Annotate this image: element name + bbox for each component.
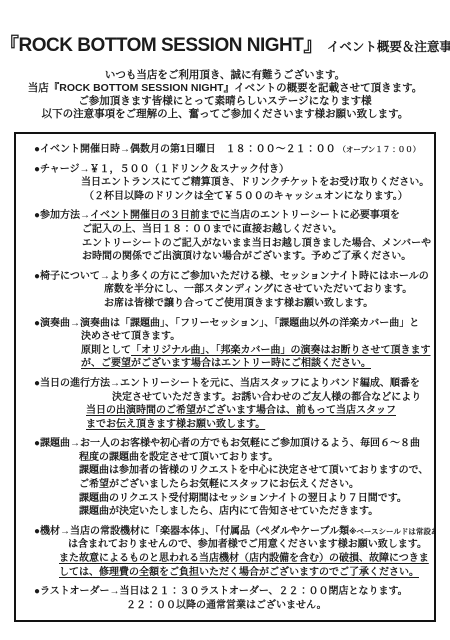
intro-paragraph: いつも当店をご利用頂き、誠に有難うございます。 当店『ROCK BOTTOM S…	[0, 69, 450, 121]
text-segment: ●ラストオーダー→当日は２１：３０ラストオーダー、２２：００閉店となります。	[34, 586, 408, 597]
notice-line: しては、修理費の全額をご負担いただく場合がございますのでご了承ください。	[34, 566, 432, 580]
text-segment: ●課題曲→お一人のお客様や初心者の方でもお気軽にご参加頂けるよう、毎回６～８曲	[34, 438, 420, 449]
text-segment: ご記入の上、当日１８：００までに直接お越しください。	[82, 224, 342, 235]
intro-line: 以下の注意事項をご理解の上、奮ってご参加くださいます様お願い致します。	[0, 108, 450, 121]
notice-section-equipment: ●機材→当店の常設機材に「楽器本体」、「付属品（ペダルやケーブル類※ベースシール…	[34, 525, 432, 579]
text-segment: ●演奏曲→演奏曲は「課題曲」、「フリーセッション」、「課題曲以外の洋楽カバー曲」…	[34, 318, 419, 329]
text-segment: は含まれておりませんので、参加者様でご用意くださいます様お願い致します。	[68, 539, 427, 550]
text-segment: お時間の関係でご出演頂けない場合がございます。予めご了承ください。	[82, 251, 411, 262]
text-segment: ご希望がございましたらお気軽にスタッフにお伝えください。	[79, 479, 359, 490]
notice-section-flow: ●当日の進行方法→エントリーシートを元に、当店スタッフによりバンド編成、順番を決…	[34, 377, 432, 431]
notice-line: ●椅子について→より多くの方にご参加いただける様、セッションナイト時にはホールの	[34, 270, 432, 284]
text-segment: 当店のエントリーシートに必要事項を	[230, 210, 400, 221]
notice-section-charge: ●チャージ→￥１，５００（１ドリンク＆スナック付き）当日エントランスにてご精算頂…	[34, 163, 432, 204]
text-segment: 「オリジナル曲」、「邦楽カバー曲」の演奏はお断りさせて頂きます	[131, 345, 431, 356]
intro-line: いつも当店をご利用頂き、誠に有難うございます。	[0, 69, 450, 82]
notice-line: （２杯目以降のドリンクは全て￥５００のキャッシュオンになります。）	[34, 190, 432, 204]
text-segment: イベント開催日の３日前までに	[90, 210, 230, 221]
text-segment: 決定させていただきます。お誘い合わせのご友人様の都合などにより	[112, 392, 421, 403]
notice-line: 決めさせて頂きます。	[34, 330, 432, 344]
page-title-sub: イベント概要＆注意事項	[327, 40, 450, 54]
text-segment: ●椅子について→より多くの方にご参加いただける様、セッションナイト時にはホールの	[34, 271, 429, 282]
notice-line: 当日の出演時間のご希望がございます場合は、前もって当店スタッフ	[34, 404, 432, 418]
notice-line: 程度の課題曲を設定させて頂いております。	[34, 451, 432, 465]
notice-line: が、ご要望がございます場合はエントリー時にご相談ください。	[34, 357, 432, 371]
text-segment: 席数を半分にし、一部スタンディングにさせていただいております。	[104, 284, 412, 295]
notice-section-songs: ●演奏曲→演奏曲は「課題曲」、「フリーセッション」、「課題曲以外の洋楽カバー曲」…	[34, 317, 432, 371]
intro-line: ご参加頂きます皆様にとって素晴らしいステージになります様	[0, 95, 450, 108]
notice-line: 課題曲が決定いたしましたら、店内にて告知させていただきます。	[34, 505, 432, 519]
notice-line: エントリーシートのご記入がないまま当日お越し頂きました場合、メンバーや	[34, 237, 432, 251]
notice-line: ●機材→当店の常設機材に「楽器本体」、「付属品（ペダルやケーブル類※ベースシール…	[34, 525, 432, 539]
notice-line: ●当日の進行方法→エントリーシートを元に、当店スタッフによりバンド編成、順番を	[34, 377, 432, 391]
notice-line: 決定させていただきます。お誘い合わせのご友人様の都合などにより	[34, 391, 432, 405]
text-segment: ●機材→当店の常設機材に「楽器本体」、「付属品（ペダルやケーブル類	[34, 526, 349, 537]
text-segment: ●当日の進行方法→エントリーシートを元に、当店スタッフによりバンド編成、順番を	[34, 378, 420, 389]
text-segment: ※ベースシールドは常設あり	[349, 527, 436, 536]
text-segment: 課題曲は参加者の皆様のリクエストを中心に決定させて頂いておりますので、	[79, 465, 428, 476]
notice-section-assignment-songs: ●課題曲→お一人のお客様や初心者の方でもお気軽にご参加頂けるよう、毎回６～８曲程…	[34, 437, 432, 519]
text-segment: （２杯目以降のドリンクは全て￥５００のキャッシュオンになります。）	[84, 191, 408, 202]
text-segment: ●チャージ→￥１，５００（１ドリンク＆スナック付き）	[34, 164, 289, 175]
notice-line: ご記入の上、当日１８：００までに直接お越しください。	[34, 223, 432, 237]
page-title-main: 『ROCK BOTTOM SESSION NIGHT』	[0, 35, 322, 56]
notice-line: は含まれておりませんので、参加者様でご用意くださいます様お願い致します。	[34, 538, 432, 552]
text-segment: が、ご要望がございます場合はエントリー時にご相談ください。	[81, 358, 371, 369]
notice-line: までお伝え頂きます様お願い致します。	[34, 418, 432, 432]
notice-line: ●課題曲→お一人のお客様や初心者の方でもお気軽にご参加頂けるよう、毎回６～８曲	[34, 437, 432, 451]
text-segment: 決めさせて頂きます。	[81, 331, 180, 342]
notice-line: ●参加方法→イベント開催日の３日前までに当店のエントリーシートに必要事項を	[34, 209, 432, 223]
notice-section-chairs: ●椅子について→より多くの方にご参加いただける様、セッションナイト時にはホールの…	[34, 270, 432, 311]
notice-line: ●イベント開催日時→偶数月の第1日曜日 １８：００～２１：００ （オープン１７：…	[34, 143, 432, 157]
text-segment: までお伝え頂きます様お願い致します。	[86, 419, 265, 430]
intro-line: 当店『ROCK BOTTOM SESSION NIGHT』イベントの概要を記載さ…	[0, 82, 450, 95]
notice-line: ご希望がございましたらお気軽にスタッフにお伝えください。	[34, 478, 432, 492]
notice-line: 席数を半分にし、一部スタンディングにさせていただいております。	[34, 283, 432, 297]
text-segment: 程度の課題曲を設定させて頂いております。	[79, 452, 278, 463]
notice-line: また故意によるものと思われる当店機材（店内設備を含む）の破損、故障につきま	[34, 552, 432, 566]
document-page: 『ROCK BOTTOM SESSION NIGHT』イベント概要＆注意事項 い…	[0, 0, 450, 640]
notice-section-event-datetime: ●イベント開催日時→偶数月の第1日曜日 １８：００～２１：００ （オープン１７：…	[34, 143, 432, 157]
text-segment: エントリーシートのご記入がないまま当日お越し頂きました場合、メンバーや	[82, 238, 431, 249]
text-segment: ●参加方法→	[34, 210, 90, 221]
notice-line: 原則として「オリジナル曲」、「邦楽カバー曲」の演奏はお断りさせて頂きます	[34, 344, 432, 358]
text-segment: ●イベント開催日時→偶数月の第1日曜日 １８：００～２１：００	[34, 144, 338, 155]
notice-line: ２２：００以降の通常営業はございません。	[34, 599, 432, 613]
text-segment: ２２：００以降の通常営業はございません。	[126, 600, 327, 611]
text-segment: お席は皆様で譲り合ってご使用頂きます様お願い致します。	[104, 298, 373, 309]
notice-section-entry-method: ●参加方法→イベント開催日の３日前までに当店のエントリーシートに必要事項をご記入…	[34, 209, 432, 263]
text-segment: 課題曲が決定いたしましたら、店内にて告知させていただきます。	[79, 506, 378, 517]
notice-box: ●イベント開催日時→偶数月の第1日曜日 １８：００～２１：００ （オープン１７：…	[14, 132, 436, 622]
text-segment: （オープン１７：００）	[338, 145, 420, 154]
text-segment: また故意によるものと思われる当店機材（店内設備を含む）の破損、故障につきま	[59, 553, 429, 564]
notice-section-last-order: ●ラストオーダー→当日は２１：３０ラストオーダー、２２：００閉店となります。２２…	[34, 585, 432, 612]
notice-line: ●ラストオーダー→当日は２１：３０ラストオーダー、２２：００閉店となります。	[34, 585, 432, 599]
text-segment: しては、修理費の全額をご負担いただく場合がございますのでご了承ください。	[59, 567, 419, 578]
page-title: 『ROCK BOTTOM SESSION NIGHT』イベント概要＆注意事項	[0, 0, 450, 57]
notice-line: 課題曲は参加者の皆様のリクエストを中心に決定させて頂いておりますので、	[34, 464, 432, 478]
text-segment: 当日エントランスにてご精算頂き、ドリンクチケットをお受け取りください。	[81, 177, 429, 188]
notice-line: 当日エントランスにてご精算頂き、ドリンクチケットをお受け取りください。	[34, 176, 432, 190]
text-segment: 課題曲のリクエスト受付期間はセッションナイトの翌日より７日間です。	[79, 493, 407, 504]
notice-line: 課題曲のリクエスト受付期間はセッションナイトの翌日より７日間です。	[34, 492, 432, 506]
text-segment: 当日の出演時間のご希望がございます場合は、前もって当店スタッフ	[86, 405, 396, 416]
text-segment: 原則として	[81, 345, 131, 356]
notice-line: お時間の関係でご出演頂けない場合がございます。予めご了承ください。	[34, 250, 432, 264]
notice-line: ●チャージ→￥１，５００（１ドリンク＆スナック付き）	[34, 163, 432, 177]
notice-line: ●演奏曲→演奏曲は「課題曲」、「フリーセッション」、「課題曲以外の洋楽カバー曲」…	[34, 317, 432, 331]
notice-line: お席は皆様で譲り合ってご使用頂きます様お願い致します。	[34, 297, 432, 311]
